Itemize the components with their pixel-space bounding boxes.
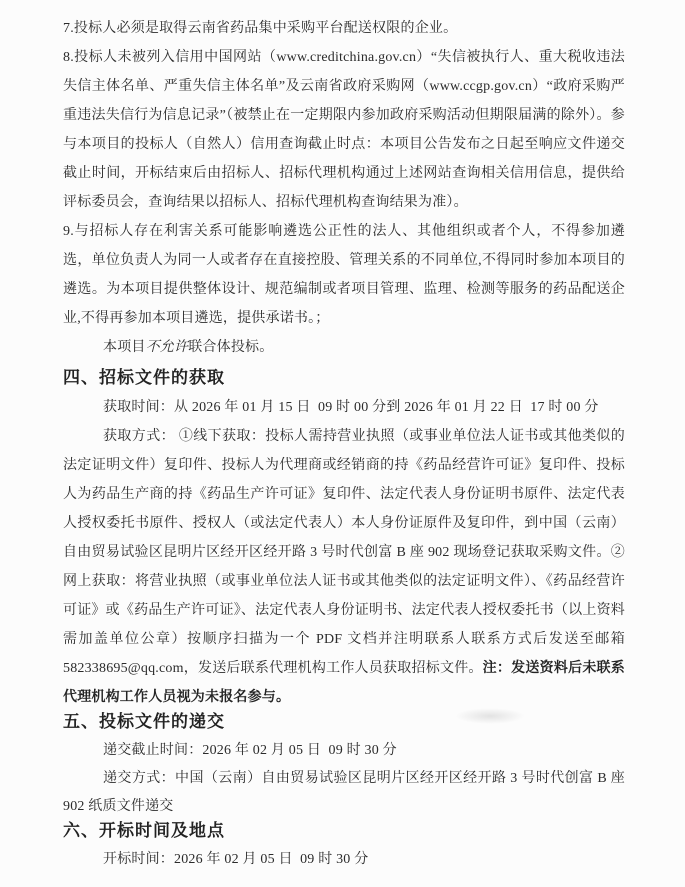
bid-opening-time-line: 开标时间：2026 年 02 月 05 日 09 时 30 分 [63,846,625,874]
section-4-heading: 四、招标文件的获取 [63,362,625,393]
submission-deadline-line: 递交截止时间：2026 年 02 月 05 日 09 时 30 分 [63,737,625,765]
joint-bid-prefix: 本项目 [103,340,146,355]
joint-bid-emphasis: 不允许 [146,340,189,355]
acquisition-method-paragraph: 获取方式： ①线下获取：投标人需持营业执照（或事业单位法人证书或其他类似的法定证… [63,422,625,712]
joint-bid-statement: 本项目不允许联合体投标。 [63,333,625,362]
acquisition-method-text: 获取方式： ①线下获取：投标人需持营业执照（或事业单位法人证书或其他类似的法定证… [63,429,625,676]
clause-7: 7.投标人必须是取得云南省药品集中采购平台配送权限的企业。 [63,14,625,43]
document-content: 7.投标人必须是取得云南省药品集中采购平台配送权限的企业。 8.投标人未被列入信… [63,14,625,874]
clause-8: 8.投标人未被列入信用中国网站（www.creditchina.gov.cn）“… [63,43,625,217]
joint-bid-suffix: 联合体投标。 [188,340,273,355]
clause-9: 9.与招标人存在利害关系可能影响遴选公正性的法人、其他组织或者个人，不得参加遴选… [63,217,625,333]
submission-method-paragraph: 递交方式：中国（云南）自由贸易试验区昆明片区经开区经开路 3 号时代创富 B 座… [63,765,625,821]
document-page: 7.投标人必须是取得云南省药品集中采购平台配送权限的企业。 8.投标人未被列入信… [0,0,685,887]
section-6-heading: 六、开标时间及地点 [63,815,625,846]
acquisition-time-line: 获取时间：从 2026 年 01 月 15 日 09 时 00 分到 2026 … [63,393,625,422]
section-5-heading: 五、投标文件的递交 [63,706,625,737]
